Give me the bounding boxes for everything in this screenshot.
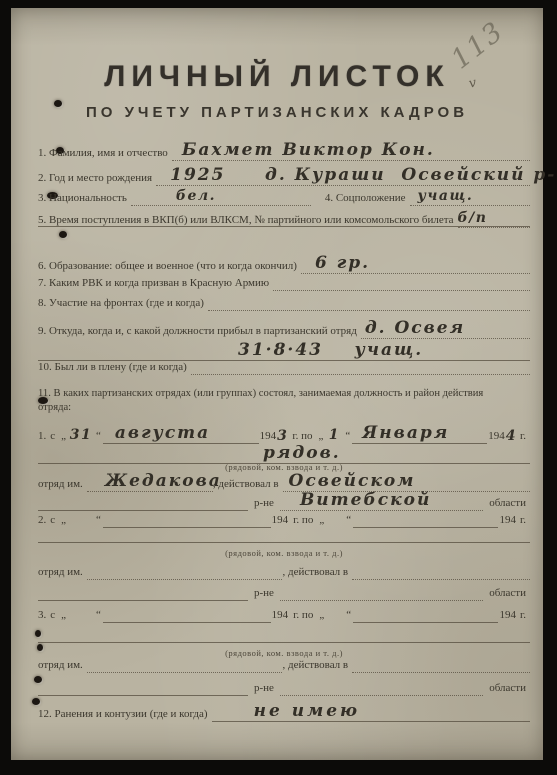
- field-underline: [191, 360, 530, 375]
- handwritten-to-month: Января: [362, 423, 449, 444]
- position-underline: рядов.: [38, 443, 530, 464]
- year-printed: 194: [498, 514, 517, 528]
- field-underline: [208, 296, 530, 311]
- label-rne: р-не: [248, 497, 280, 511]
- detachment-name-row: отряд им. , действовал в: [38, 565, 530, 580]
- otryad-underline: Жедакова: [87, 471, 213, 492]
- label-g-po: г. по: [288, 430, 316, 444]
- handwritten-nationality: бел.: [176, 188, 216, 206]
- field-label: 6. Образование: общее и военное (что и к…: [38, 260, 301, 274]
- label-otryad: отряд им.: [38, 659, 87, 673]
- field-row-party-continuation: [38, 226, 530, 227]
- label-g: г.: [517, 514, 530, 528]
- month-underline: [353, 513, 498, 528]
- acted-underline: [352, 565, 530, 580]
- month-underline: [103, 608, 271, 623]
- handwritten-social-position: учащ.: [418, 188, 474, 206]
- handwritten-birth: 1925 д. Кураши Освейский р-н: [170, 165, 557, 186]
- acted-underline: Освейском: [283, 471, 530, 492]
- quote-open: „: [59, 609, 68, 623]
- detachment-index: 1.: [38, 430, 50, 444]
- form-subtitle: ПО УЧЕТУ ПАРТИЗАНСКИХ КАДРОВ: [11, 104, 543, 121]
- quote-open: „: [317, 430, 326, 444]
- handwritten-arrival-place: д. Освея: [365, 318, 465, 339]
- field-label: 1. Фамилия, имя и отчество: [38, 147, 172, 161]
- field-label: 4. Соцположение: [311, 192, 410, 206]
- field-underline: 6 гр.: [301, 253, 530, 274]
- detachment-district-row: р-не Витебской области: [38, 490, 530, 511]
- handwritten-arrival-date: 31·8·43 учащ.: [238, 340, 423, 361]
- label-g: г.: [517, 430, 530, 444]
- label-s: с: [50, 609, 59, 623]
- label-acted: , действовал в: [282, 659, 352, 673]
- year-printed: 194: [271, 514, 290, 528]
- year-printed: 194: [498, 609, 517, 623]
- detachment-name-row: отряд им. Жедакова , действовал в Освейс…: [38, 471, 530, 492]
- field-underline: 31·8·43 учащ.: [38, 340, 530, 361]
- oblast-underline: [280, 586, 483, 601]
- otryad-underline: [87, 658, 283, 673]
- field-label-detachments-1: 11. В каких партизанских отрядах (или гр…: [38, 388, 530, 399]
- form-title: ЛИЧНЫЙ ЛИСТОК: [11, 60, 543, 94]
- label-s: с: [50, 514, 59, 528]
- quote-close: “: [94, 609, 103, 623]
- position-caption: (рядовой, ком. взвода и т. д.): [38, 648, 530, 658]
- quote-open: „: [59, 430, 68, 444]
- quote-open: „: [317, 514, 326, 528]
- label-acted: , действовал в: [282, 566, 352, 580]
- field-row-education: 6. Образование: общее и военное (что и к…: [38, 253, 530, 274]
- detachment-district-row: р-не области: [38, 586, 530, 601]
- quote-open: „: [317, 609, 326, 623]
- field-underline: Бахмет Виктор Кон.: [172, 140, 530, 161]
- position-underline: [38, 628, 530, 643]
- handwritten-to-day: [326, 514, 344, 528]
- label-g-po: г. по: [289, 514, 317, 528]
- handwritten-surname: Бахмет Виктор Кон.: [182, 140, 435, 161]
- detachment-index: 3.: [38, 609, 50, 623]
- field-label: 2. Год и место рождения: [38, 172, 156, 186]
- detachment-position-row: [38, 628, 530, 643]
- detachment-dates-row: 3. с „ “ 194 г. по „ “ 194 г.: [38, 608, 530, 623]
- handwritten-education: 6 гр.: [315, 253, 370, 274]
- label-rne: р-не: [248, 587, 280, 601]
- month-underline: Января: [352, 423, 487, 444]
- quote-close: “: [344, 609, 353, 623]
- oblast-underline: Витебской: [280, 490, 483, 511]
- detachment-index: 2.: [38, 514, 50, 528]
- month-underline: [353, 608, 498, 623]
- handwritten-from-day: [68, 609, 94, 623]
- field-underline: [273, 276, 530, 291]
- handwritten-from-month: августа: [115, 423, 210, 444]
- detachment-position-row: [38, 528, 530, 543]
- field-label: 9. Откуда, когда и, с какой должности пр…: [38, 325, 361, 339]
- field-label: 12. Ранения и контузии (где и когда): [38, 708, 212, 722]
- field-underline: не имею: [212, 701, 530, 722]
- label-s: с: [50, 430, 59, 444]
- handwritten-party: б/п: [458, 210, 488, 228]
- punch-hole: [59, 231, 67, 238]
- quote-close: “: [344, 514, 353, 528]
- district-underline: [38, 695, 248, 696]
- field-underline: учащ.: [410, 188, 530, 206]
- field-underline: 1925 д. Кураши Освейский р-н: [156, 165, 530, 186]
- position-caption: (рядовой, ком. взвода и т. д.): [38, 548, 530, 558]
- field-row-birth: 2. Год и место рождения 1925 д. Кураши О…: [38, 165, 530, 186]
- field-row-rvk: 7. Каким РВК и когда призван в Красную А…: [38, 276, 530, 291]
- field-label: 3. Национальность: [38, 192, 131, 206]
- year-printed: 194: [487, 430, 506, 444]
- field-row-fronts: 8. Участие на фронтах (где и когда): [38, 296, 530, 311]
- quote-close: “: [94, 430, 103, 444]
- detachment-position-row: рядов.: [38, 443, 530, 464]
- quote-open: „: [59, 514, 68, 528]
- field-label: 8. Участие на фронтах (где и когда): [38, 297, 208, 311]
- detachment-district-row: р-не области: [38, 681, 530, 696]
- label-otryad: отряд им.: [38, 566, 87, 580]
- field-row-arrival-continuation: 31·8·43 учащ.: [38, 340, 530, 361]
- handwritten-oblast-name: Витебской: [300, 490, 431, 511]
- position-underline: [38, 528, 530, 543]
- handwritten-from-day: 31: [68, 427, 94, 444]
- field-underline: д. Освея: [361, 318, 530, 339]
- label-oblast: области: [483, 587, 530, 601]
- label-g-po: г. по: [289, 609, 317, 623]
- month-underline: [103, 513, 271, 528]
- label-g: г.: [517, 609, 530, 623]
- otryad-underline: [87, 565, 283, 580]
- year-printed: 194: [271, 609, 290, 623]
- detachment-dates-row: 1. с „ 31 “ августа 1943 г. по „ 1 “ Янв…: [38, 423, 530, 444]
- handwritten-to-day: 1: [325, 427, 343, 444]
- field-underline: бел.: [131, 188, 311, 206]
- handwritten-from-day: [68, 514, 94, 528]
- label-oblast: области: [483, 682, 530, 696]
- quote-close: “: [94, 514, 103, 528]
- field-label: 7. Каким РВК и когда призван в Красную А…: [38, 277, 273, 291]
- quote-close: “: [343, 430, 352, 444]
- field-label: 10. Был ли в плену (где и когда): [38, 361, 191, 375]
- field-row-surname: 1. Фамилия, имя и отчество Бахмет Виктор…: [38, 140, 530, 161]
- month-underline: августа: [103, 423, 259, 444]
- oblast-underline: [280, 681, 483, 696]
- handwritten-wounds: не имею: [254, 701, 361, 722]
- district-underline: [38, 600, 248, 601]
- field-row-captivity: 10. Был ли в плену (где и когда): [38, 360, 530, 375]
- detachment-name-row: отряд им. , действовал в: [38, 658, 530, 673]
- detachment-dates-row: 2. с „ “ 194 г. по „ “ 194 г.: [38, 513, 530, 528]
- acted-underline: [352, 658, 530, 673]
- field-underline: [38, 226, 530, 227]
- field-row-nationality: 3. Национальность бел. 4. Соцположение у…: [38, 188, 530, 206]
- handwritten-to-day: [326, 609, 344, 623]
- label-rne: р-не: [248, 682, 280, 696]
- field-label-detachments-2: отряда:: [38, 402, 530, 413]
- year-printed: 194: [259, 430, 278, 444]
- scanned-form-page: 113 v ЛИЧНЫЙ ЛИСТОК ПО УЧЕТУ ПАРТИЗАНСКИ…: [11, 8, 543, 760]
- field-row-wounds: 12. Ранения и контузии (где и когда) не …: [38, 701, 530, 722]
- district-underline: [38, 510, 248, 511]
- field-row-arrival: 9. Откуда, когда и, с какой должности пр…: [38, 318, 530, 339]
- label-oblast: области: [483, 497, 530, 511]
